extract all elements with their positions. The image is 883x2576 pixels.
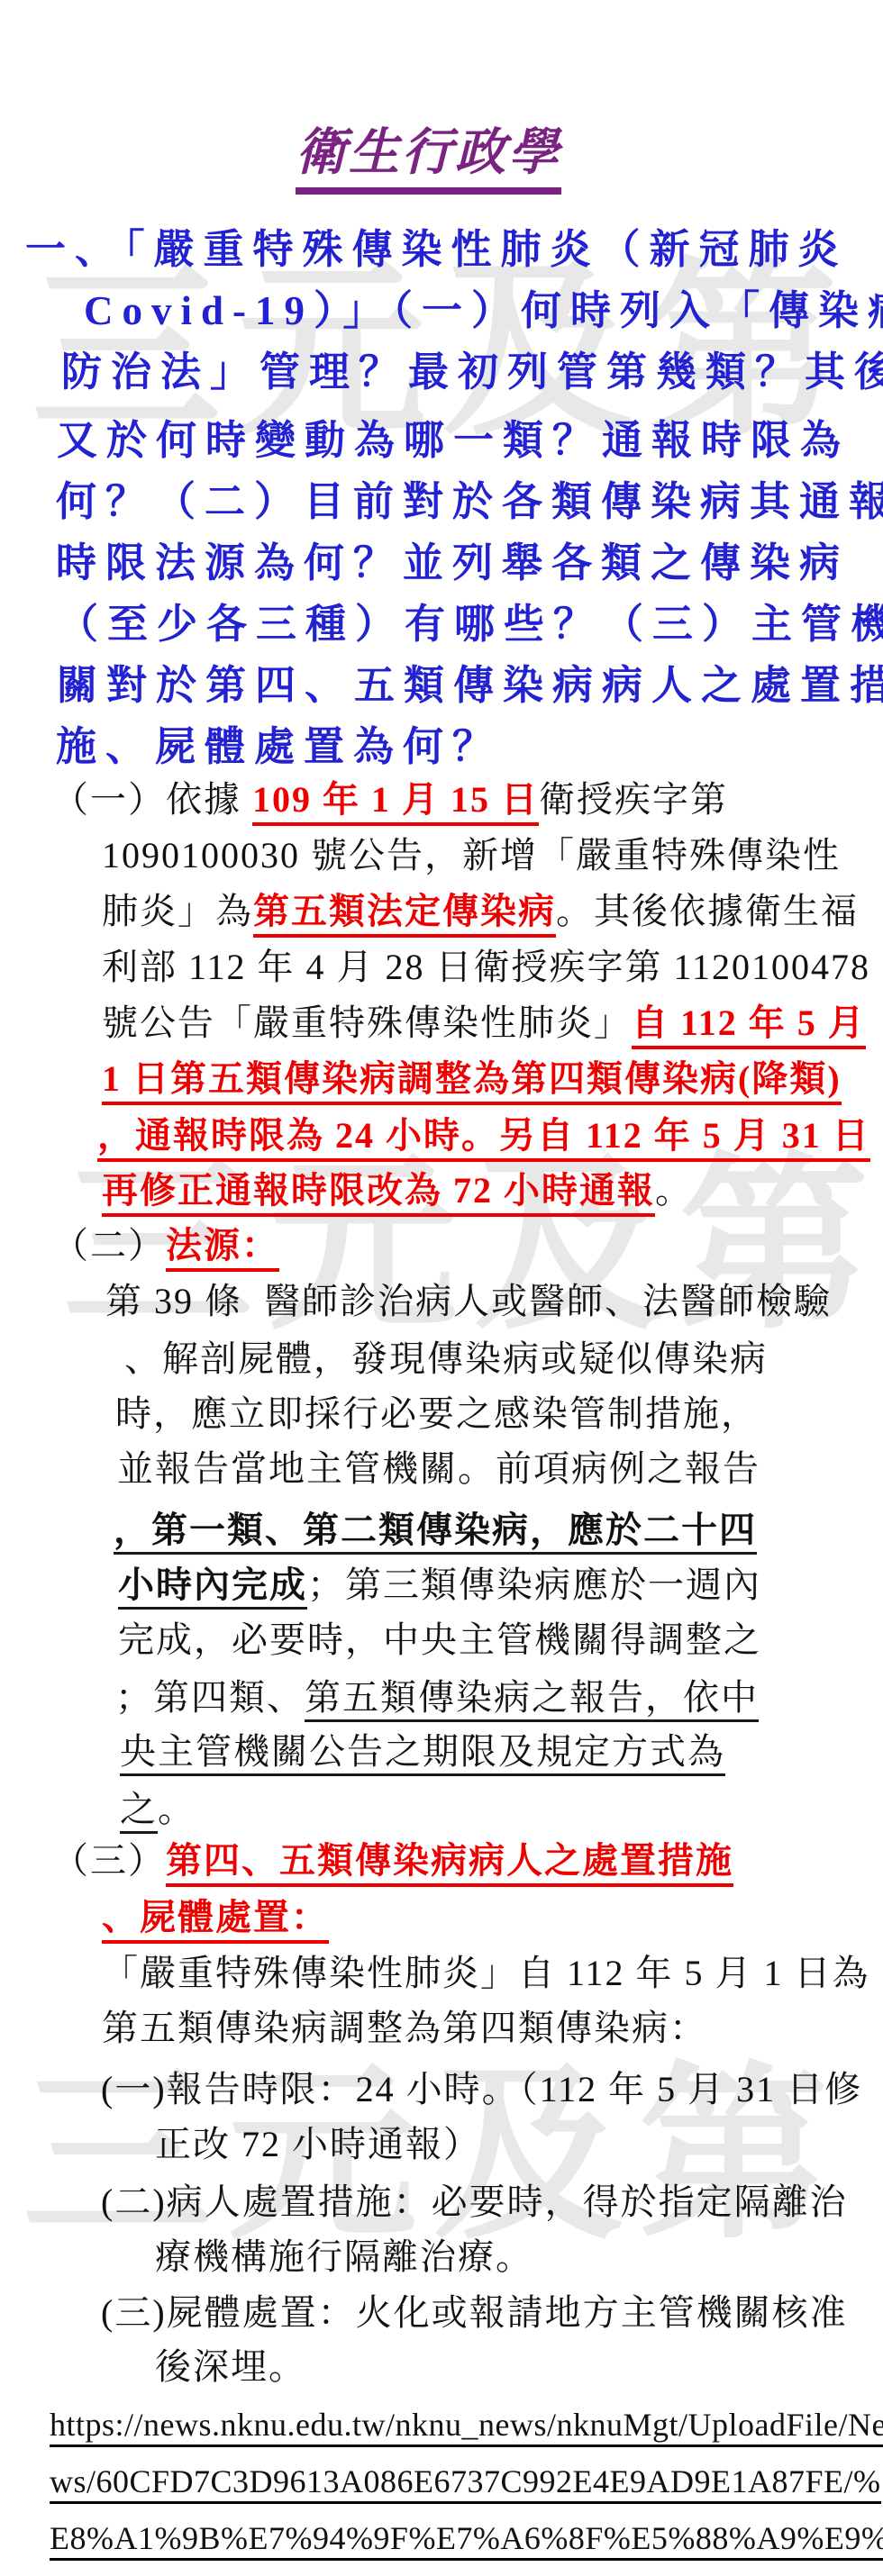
text-segment: 號公告「嚴重特殊傳染性肺炎」 xyxy=(102,1002,632,1043)
emphasis-red: ，通報時限為 24 小時。另自 112 年 5 月 31 日 xyxy=(97,1115,870,1162)
answer-line: 1090100030 號公告，新增「嚴重特殊傳染性 xyxy=(102,836,841,876)
text-segment: 「嚴重特殊傳染性肺炎」自 112 年 5 月 1 日為 xyxy=(102,1953,870,1993)
answer-line: （三）第四、五類傳染病病人之處置措施 xyxy=(52,1841,733,1882)
emphasis-red: 第四、五類傳染病病人之處置措施 xyxy=(166,1840,733,1887)
answer-line: 、屍體處置： xyxy=(102,1898,329,1938)
text-segment: 。 xyxy=(655,1170,693,1211)
text-segment: 1090100030 號公告，新增「嚴重特殊傳染性 xyxy=(102,835,841,875)
question-heading-line: 何？（二）目前對於各類傳染病其通報 xyxy=(56,479,883,524)
text-segment: 。 xyxy=(158,1789,196,1829)
text-segment: 並報告當地主管機關。前項病例之報告 xyxy=(117,1448,760,1489)
answer-line: 第五類傳染病調整為第四類傳染病： xyxy=(102,2009,707,2049)
page-title: 衛生行政學 xyxy=(234,70,561,237)
answer-line: （二）法源： xyxy=(52,1226,279,1266)
text-segment: （三） xyxy=(52,1840,166,1881)
text-segment: 完成，必要時，中央主管機關得調整之 xyxy=(118,1619,761,1660)
answer-line: 正改 72 小時通報） xyxy=(155,2125,481,2165)
text-segment: ；第三類傳染病應於一週內 xyxy=(307,1565,761,1605)
question-heading-line: 施、屍體處置為何？ xyxy=(56,724,502,769)
answer-line: 後深埋。 xyxy=(155,2347,306,2388)
source-link-line[interactable]: https://news.nknu.edu.tw/nknu_news/nknuM… xyxy=(50,2407,883,2443)
answer-line: 療機構施行隔離治療。 xyxy=(155,2237,533,2278)
question-heading-line: 時限法源為何？並列舉各類之傳染病 xyxy=(56,540,849,585)
emphasis-underline: 央主管機關公告之期限及規定方式為 xyxy=(120,1731,725,1776)
text-segment: 、解剖屍體，發現傳染病或疑似傳染病 xyxy=(124,1338,768,1379)
answer-line: 完成，必要時，中央主管機關得調整之 xyxy=(118,1620,761,1661)
answer-line: 時，應立即採行必要之感染管制措施， xyxy=(115,1394,759,1435)
source-link-text[interactable]: https://news.nknu.edu.tw/nknu_news/nknuM… xyxy=(50,2407,883,2447)
answer-line: 小時內完成；第三類傳染病應於一週內 xyxy=(118,1565,761,1606)
text-segment: ；第四類、 xyxy=(115,1677,305,1718)
emphasis-red: 自 112 年 5 月 xyxy=(632,1002,866,1049)
text-segment: 。其後依據衛生福 xyxy=(556,891,859,931)
source-link-text[interactable]: ws/60CFD7C3D9613A086E6737C992E4E9AD9E1A8… xyxy=(50,2463,881,2504)
question-heading-line: 一、「嚴重特殊傳染性肺炎（新冠肺炎 xyxy=(25,227,848,272)
emphasis-underline-bold: 小時內完成 xyxy=(118,1565,307,1610)
text-segment: 時，應立即採行必要之感染管制措施， xyxy=(115,1393,759,1434)
text-segment: (三)屍體處置：火化或報請地方主管機關核准 xyxy=(101,2292,848,2333)
text-segment: (一)報告時限：24 小時。（112 年 5 月 31 日修 xyxy=(101,2069,862,2109)
text-segment: 肺炎」為 xyxy=(102,891,253,931)
question-heading-line: Covid-19）」（一）何時列入「傳染病 xyxy=(84,288,883,333)
answer-line: 央主管機關公告之期限及規定方式為 xyxy=(120,1732,725,1773)
answer-line: 肺炎」為第五類法定傳染病。其後依據衛生福 xyxy=(102,892,859,932)
emphasis-underline-bold: ，第一類、第二類傳染病，應於二十四 xyxy=(114,1510,757,1555)
answer-line: 並報告當地主管機關。前項病例之報告 xyxy=(117,1449,760,1490)
text-segment: 療機構施行隔離治療。 xyxy=(155,2236,533,2277)
answer-line: (三)屍體處置：火化或報請地方主管機關核准 xyxy=(101,2293,848,2334)
question-heading-line: 關對於第四、五類傳染病病人之處置措 xyxy=(57,663,883,708)
text-segment: (二)病人處置措施：必要時，得於指定隔離治 xyxy=(101,2181,848,2222)
emphasis-red: 法源： xyxy=(166,1225,279,1272)
emphasis-underline: 之 xyxy=(120,1789,158,1834)
answer-line: 利部 112 年 4 月 28 日衛授疾字第 1120100478 xyxy=(102,948,870,988)
answer-line: (一)報告時限：24 小時。（112 年 5 月 31 日修 xyxy=(101,2070,862,2110)
answer-line: 之。 xyxy=(120,1790,196,1830)
source-link-text[interactable]: E8%A1%9B%E7%94%9F%E7%A6%8F%E5%88%A9%E9% xyxy=(50,2520,883,2561)
emphasis-red: 1 日第五類傳染病調整為第四類傳染病(降類) xyxy=(102,1058,842,1105)
text-segment: 後深埋。 xyxy=(155,2346,306,2387)
emphasis-underline: 第五類傳染病之報告，依中 xyxy=(305,1677,759,1722)
question-heading-line: 防治法」管理？最初列管第幾類？其後 xyxy=(61,349,883,395)
text-segment: 第 39 條 醫師診治病人或醫師、法醫師檢驗 xyxy=(105,1281,832,1321)
text-segment: （一）依據 xyxy=(52,779,252,820)
answer-line: （一）依據 109 年 1 月 15 日衛授疾字第 xyxy=(52,780,728,821)
answer-line: 「嚴重特殊傳染性肺炎」自 112 年 5 月 1 日為 xyxy=(102,1954,870,1994)
answer-line: 1 日第五類傳染病調整為第四類傳染病(降類) xyxy=(102,1059,842,1100)
text-segment: （二） xyxy=(52,1225,166,1265)
source-link-line[interactable]: E8%A1%9B%E7%94%9F%E7%A6%8F%E5%88%A9%E9% xyxy=(50,2520,883,2556)
answer-line: ；第四類、第五類傳染病之報告，依中 xyxy=(115,1678,759,1719)
answer-line: (二)病人處置措施：必要時，得於指定隔離治 xyxy=(101,2182,848,2223)
answer-line: 號公告「嚴重特殊傳染性肺炎」自 112 年 5 月 xyxy=(102,1003,866,1044)
answer-line: ，第一類、第二類傳染病，應於二十四 xyxy=(114,1510,757,1551)
answer-line: ，通報時限為 24 小時。另自 112 年 5 月 31 日 xyxy=(97,1116,870,1156)
answer-line: 再修正通報時限改為 72 小時通報。 xyxy=(102,1171,693,1211)
text-segment: 第五類傳染病調整為第四類傳染病： xyxy=(102,2008,707,2048)
question-heading-line: 又於何時變動為哪一類？通報時限為 xyxy=(57,418,850,463)
answer-line: 第 39 條 醫師診治病人或醫師、法醫師檢驗 xyxy=(105,1282,832,1322)
question-heading-line: （至少各三種）有哪些？（三）主管機 xyxy=(58,602,883,647)
text-segment: 正改 72 小時通報） xyxy=(155,2124,481,2164)
emphasis-red: 109 年 1 月 15 日 xyxy=(252,779,539,826)
answer-line: 、解剖屍體，發現傳染病或疑似傳染病 xyxy=(124,1339,768,1380)
text-segment: 利部 112 年 4 月 28 日衛授疾字第 1120100478 xyxy=(102,947,870,987)
document-page: 三元及第 三元及第 三元及第 衛生行政學 一、「嚴重特殊傳染性肺炎（新冠肺炎 C… xyxy=(0,0,883,2576)
emphasis-red: 再修正通報時限改為 72 小時通報 xyxy=(102,1170,655,1217)
emphasis-red: 、屍體處置： xyxy=(102,1897,329,1944)
text-segment: 衛授疾字第 xyxy=(539,779,728,820)
page-title-text: 衛生行政學 xyxy=(296,125,561,195)
emphasis-red: 第五類法定傳染病 xyxy=(253,891,556,938)
source-link-line[interactable]: ws/60CFD7C3D9613A086E6737C992E4E9AD9E1A8… xyxy=(50,2463,881,2499)
